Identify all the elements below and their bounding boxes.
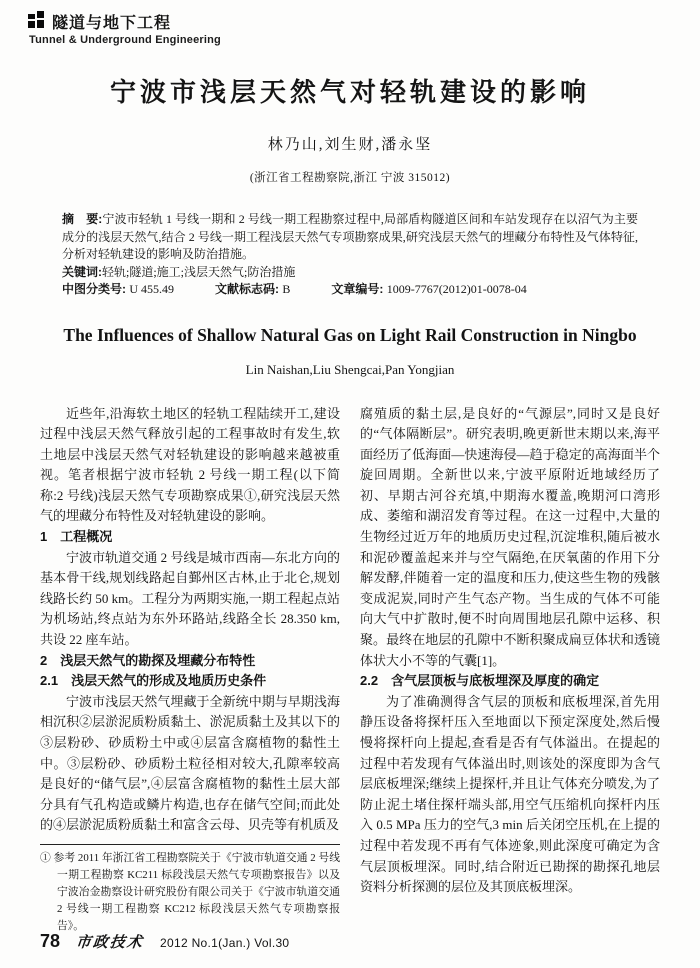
section-2-2-heading: 2.2 含气层顶板与底板埋深及厚度的确定: [360, 671, 660, 692]
journal-section-title: 隧道与地下工程: [52, 10, 171, 33]
authors-cn: 林乃山,刘生财,潘永坚: [0, 133, 700, 154]
section-1-paragraph: 宁波市轨道交通 2 号线是城市西南—东北方向的基本骨干线,规划线路起自鄞州区古林…: [40, 548, 340, 651]
journal-section-header: 隧道与地下工程 Tunnel & Underground Engineering: [28, 10, 221, 46]
article-id-label: 文章编号:: [331, 282, 386, 296]
abstract-text: 宁波市轻轨 1 号线一期和 2 号线一期工程勘察过程中,局部盾构隧道区间和车站发…: [62, 212, 638, 261]
footnote-text: ① 参考 2011 年浙江省工程勘察院关于《宁波市轨道交通 2 号线一期工程勘察…: [40, 850, 340, 935]
right-column: 腐殖质的黏土层,是良好的“气源层”,同时又是良好的“气体隔断层”。研究表明,晚更…: [360, 404, 660, 935]
page-number: 78: [40, 931, 60, 952]
page-footer: 78 市政技术 2012 No.1(Jan.) Vol.30: [40, 931, 289, 952]
keywords-text: 轻轨;隧道;施工;浅层天然气;防治措施: [102, 265, 295, 279]
journal-name: 市政技术: [75, 931, 145, 952]
clc-label: 中图分类号:: [62, 282, 129, 296]
section-2-heading: 2 浅层天然气的勘探及埋藏分布特性: [40, 651, 340, 672]
clc-pair: 中图分类号: U 455.49: [62, 281, 174, 299]
english-title: The Influences of Shallow Natural Gas on…: [0, 325, 700, 346]
section-2-2-paragraph: 为了准确测得含气层的顶板和底板埋深,首先用静压设备将探杆压入至地面以下预定深度处…: [360, 692, 660, 898]
english-authors: Lin Naishan,Liu Shengcai,Pan Yongjian: [0, 362, 700, 378]
doc-code-pair: 文献标志码: B: [215, 281, 290, 299]
affiliation: (浙江省工程勘察院,浙江 宁波 315012): [0, 169, 700, 185]
article-id-pair: 文章编号: 1009-7767(2012)01-0078-04: [331, 281, 526, 299]
issue-info: 2012 No.1(Jan.) Vol.30: [160, 936, 289, 950]
left-column: 近些年,沿海软土地区的轻轨工程陆续开工,建设过程中浅层天然气释放引起的工程事故时…: [40, 404, 340, 935]
doc-code-value: B: [282, 282, 290, 296]
article-id-value: 1009-7767(2012)01-0078-04: [387, 282, 527, 296]
abstract-label: 摘 要:: [62, 212, 102, 226]
body-columns: 近些年,沿海软土地区的轻轨工程陆续开工,建设过程中浅层天然气释放引起的工程事故时…: [40, 404, 660, 935]
journal-section-icon: [28, 11, 46, 33]
section-2-1-heading: 2.1 浅层天然气的形成及地质历史条件: [40, 671, 340, 692]
abstract-block: 摘 要:宁波市轻轨 1 号线一期和 2 号线一期工程勘察过程中,局部盾构隧道区间…: [62, 211, 638, 299]
paper-page: 隧道与地下工程 Tunnel & Underground Engineering…: [0, 0, 700, 968]
clc-value: U 455.49: [129, 282, 174, 296]
classification-line: 中图分类号: U 455.49 文献标志码: B 文章编号: 1009-7767…: [62, 281, 638, 299]
journal-section-subtitle: Tunnel & Underground Engineering: [29, 34, 221, 46]
footnote-divider: [40, 844, 340, 845]
section-2-1-continuation: 腐殖质的黏土层,是良好的“气源层”,同时又是良好的“气体隔断层”。研究表明,晚更…: [360, 404, 660, 672]
footnote-block: ① 参考 2011 年浙江省工程勘察院关于《宁波市轨道交通 2 号线一期工程勘察…: [40, 844, 340, 935]
keywords-paragraph: 关键词:轻轨;隧道;施工;浅层天然气;防治措施: [62, 264, 638, 282]
doc-code-label: 文献标志码:: [215, 282, 282, 296]
intro-paragraph: 近些年,沿海软土地区的轻轨工程陆续开工,建设过程中浅层天然气释放引起的工程事故时…: [40, 404, 340, 528]
section-1-heading: 1 工程概况: [40, 527, 340, 548]
keywords-label: 关键词:: [62, 265, 102, 279]
section-2-1-paragraph: 宁波市浅层天然气埋藏于全新统中期与早期浅海相沉积②层淤泥质粉质黏土、淤泥质黏土及…: [40, 692, 340, 836]
abstract-paragraph: 摘 要:宁波市轻轨 1 号线一期和 2 号线一期工程勘察过程中,局部盾构隧道区间…: [62, 211, 638, 264]
